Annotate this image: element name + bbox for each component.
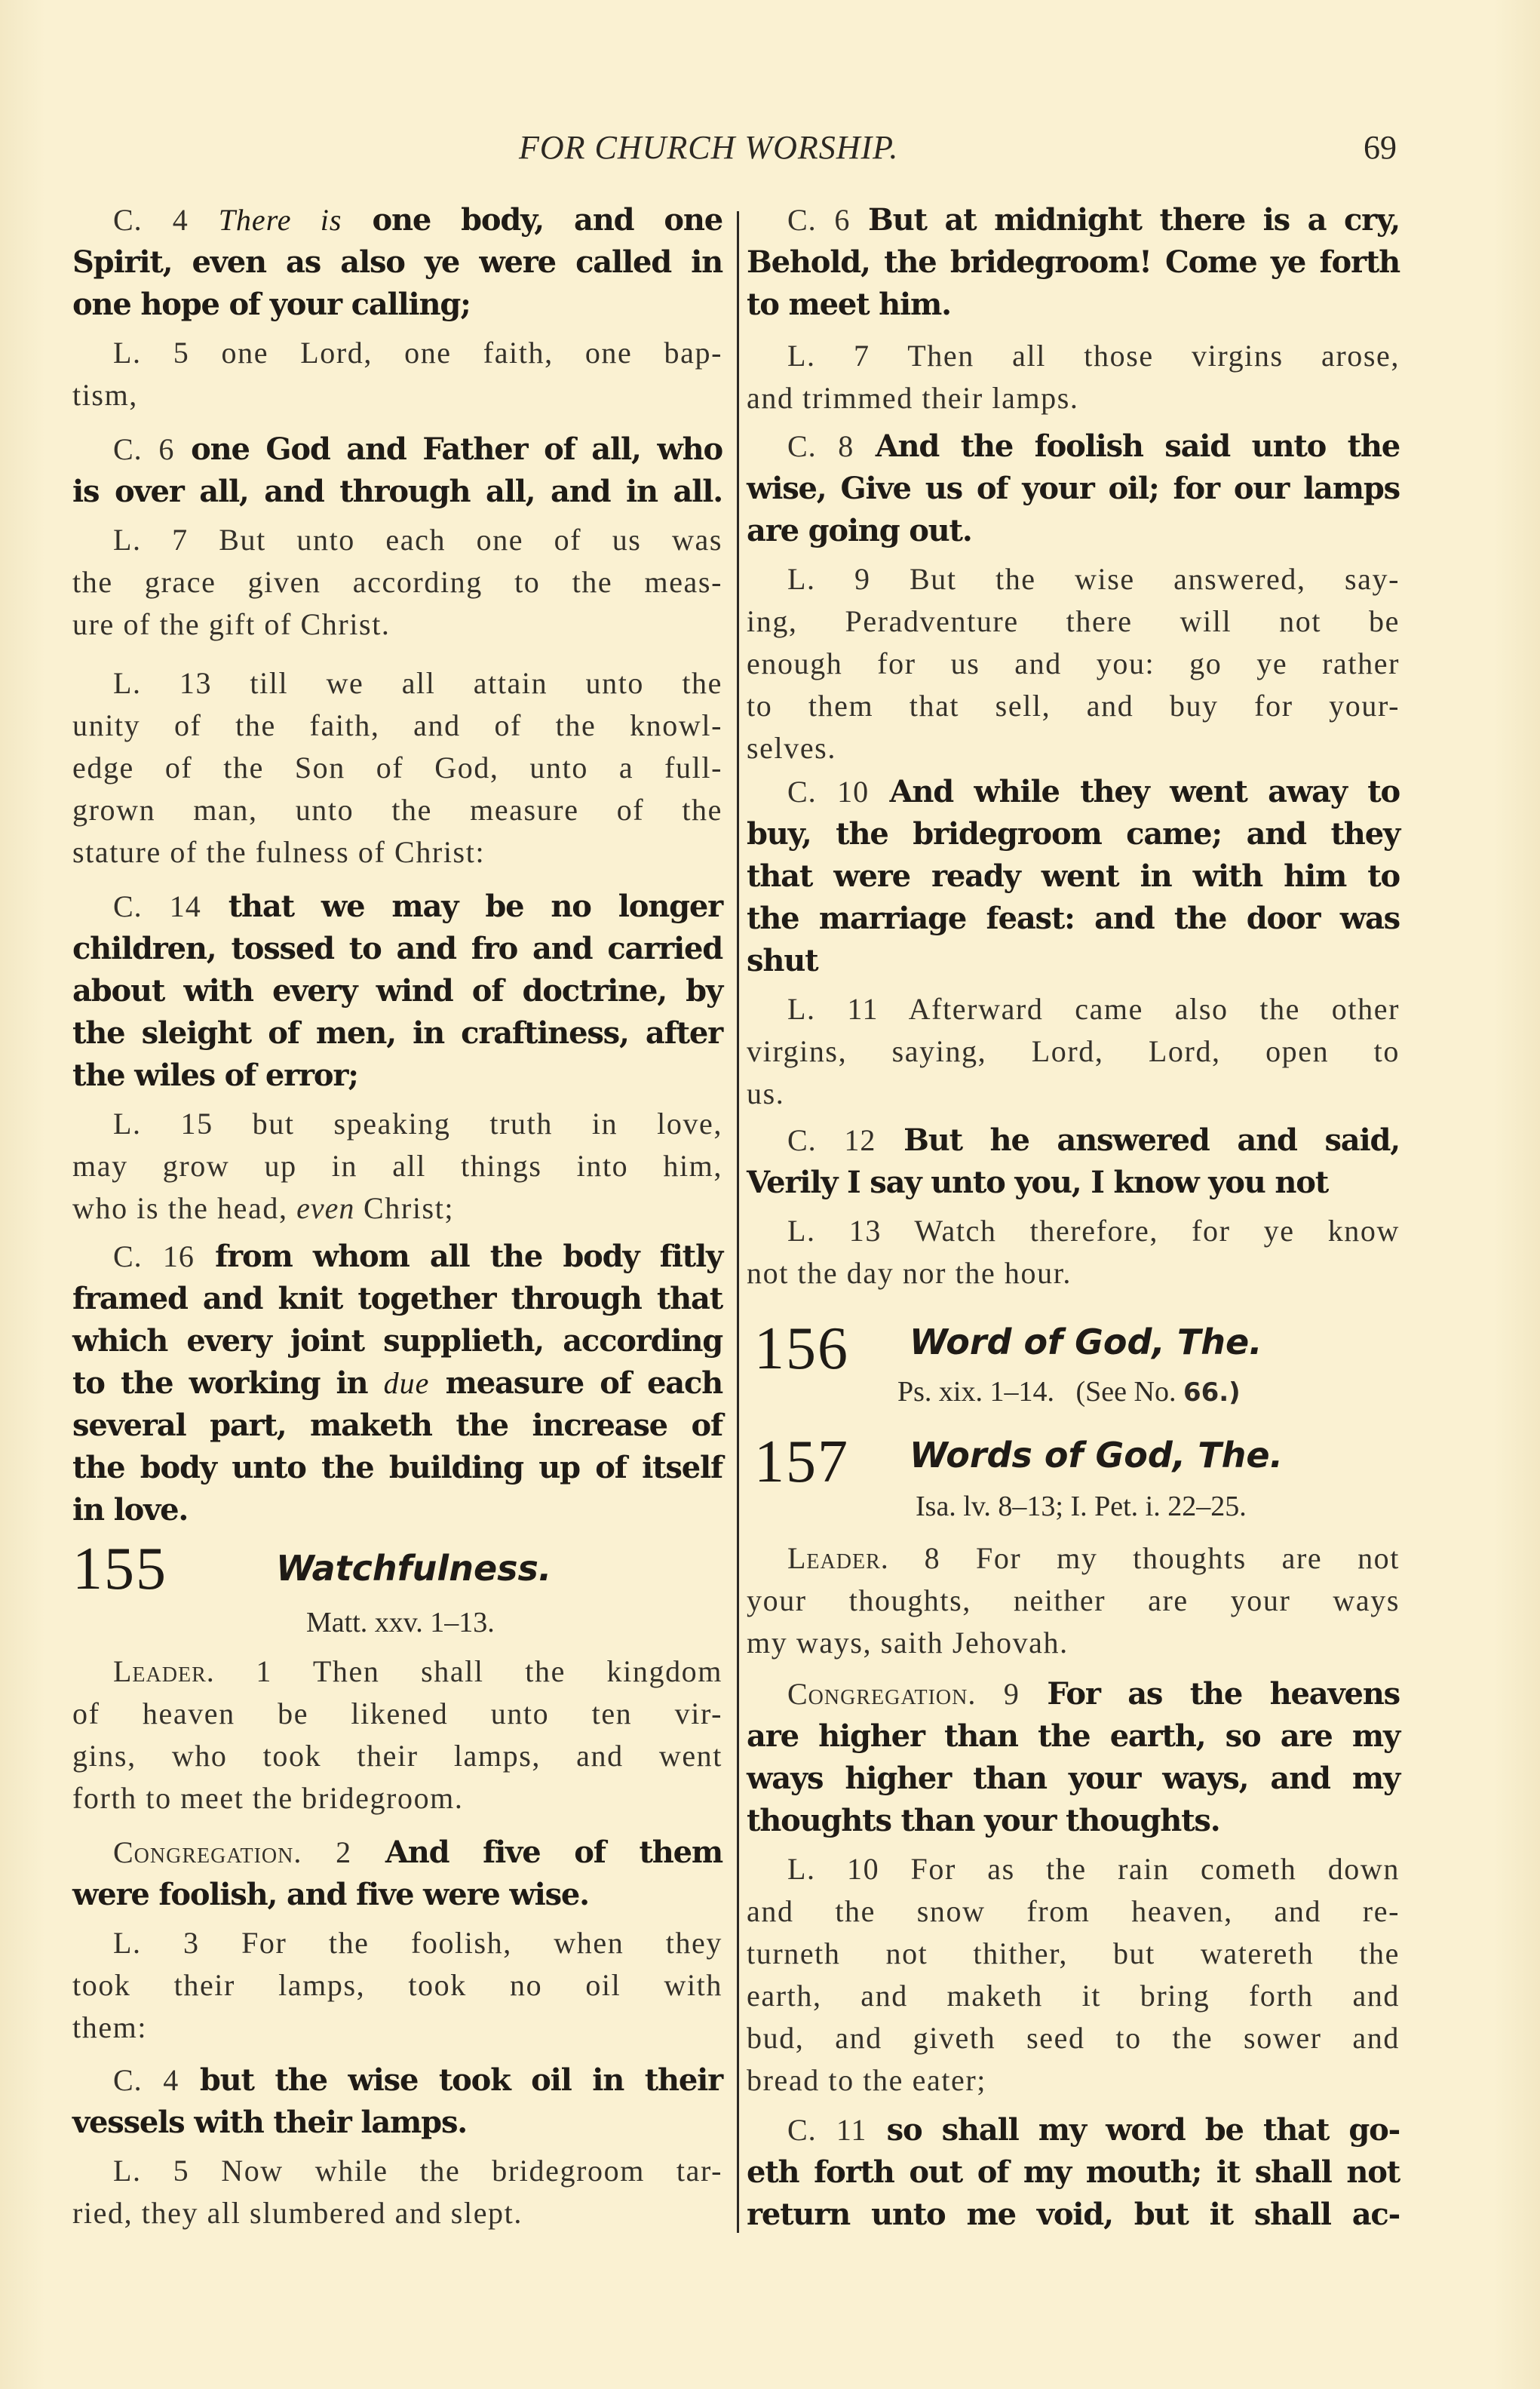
verse-line: are higher than the earth, so are my xyxy=(747,1721,1400,1752)
verse-line: C. 6 one God and Father of all, who xyxy=(72,435,722,465)
verse-line: shut xyxy=(747,946,1400,976)
verse-line: the wiles of error; xyxy=(72,1061,722,1091)
verse-line: edge of the Son of God, unto a full- xyxy=(72,753,722,783)
verse-line: bread to the eater; xyxy=(747,2065,1400,2096)
verse-line: to meet him. xyxy=(747,290,1400,320)
verse-line: is over all, and through all, and in all… xyxy=(72,477,722,507)
verse-line: children, tossed to and fro and carried xyxy=(72,934,722,964)
verse-line: which every joint supplieth, according xyxy=(72,1326,722,1356)
verse-line: C. 4 but the wise took oil in their xyxy=(72,2065,722,2096)
verse-line: us. xyxy=(747,1079,1400,1109)
verse-line: them: xyxy=(72,2013,722,2043)
verse-line: that were ready went in with him to xyxy=(747,861,1400,892)
verse-line: of heaven be likened unto ten vir- xyxy=(72,1699,722,1729)
verse-line: the grace given according to the meas- xyxy=(72,567,722,597)
verse-line: may grow up in all things into him, xyxy=(72,1151,722,1181)
verse-line: and the snow from heaven, and re- xyxy=(747,1896,1400,1927)
verse-line: Behold, the bridegroom! Come ye forth xyxy=(747,247,1400,278)
verse-line: and trimmed their lamps. xyxy=(747,383,1400,413)
verse-line: Verily I say unto you, I know you not xyxy=(747,1168,1400,1198)
verse-line: L. 11 Afterward came also the other xyxy=(747,994,1400,1024)
verse-line: framed and knit together through that xyxy=(72,1284,722,1314)
verse-line: were foolish, and five were wise. xyxy=(72,1880,722,1910)
section-number: 157 xyxy=(754,1432,849,1492)
verse-line: L. 10 For as the rain cometh down xyxy=(747,1854,1400,1884)
verse-line: ure of the gift of Christ. xyxy=(72,610,722,640)
verse-line: in love. xyxy=(72,1495,722,1525)
verse-line: to them that sell, and buy for your- xyxy=(747,691,1400,721)
verse-line: C. 6 But at midnight there is a cry, xyxy=(747,205,1400,235)
verse-line: Congregation. 9 For as the heavens xyxy=(747,1679,1400,1709)
verse-line: L. 13 till we all attain unto the xyxy=(72,668,722,699)
verse-line: ried, they all slumbered and slept. xyxy=(72,2198,722,2228)
verse-line: forth to meet the bridegroom. xyxy=(72,1783,722,1813)
verse-line: bud, and giveth seed to the sower and xyxy=(747,2023,1400,2053)
verse-line: Congregation. 2 And five of them xyxy=(72,1838,722,1868)
verse-line: thoughts than your thoughts. xyxy=(747,1806,1400,1836)
verse-line: grown man, unto the measure of the xyxy=(72,795,722,825)
verse-line: L. 15 but speaking truth in love, xyxy=(72,1109,722,1139)
verse-line: Leader. 8 For my thoughts are not xyxy=(747,1543,1400,1574)
verse-line: turneth not thither, but watereth the xyxy=(747,1939,1400,1969)
verse-line: are going out. xyxy=(747,516,1400,546)
verse-line: about with every wind of doctrine, by xyxy=(72,976,722,1006)
verse-line: the marriage feast: and the door was xyxy=(747,904,1400,934)
verse-line: to the working in due measure of each xyxy=(72,1368,722,1399)
section-reference: Matt. xxv. 1–13. xyxy=(306,1608,495,1637)
verse-line: L. 5 one Lord, one faith, one bap- xyxy=(72,338,722,368)
verse-line: tism, xyxy=(72,380,722,410)
section-title: Words of God, The. xyxy=(910,1438,1283,1472)
verse-line: L. 7 Then all those virgins arose, xyxy=(747,341,1400,371)
verse-line: C. 14 that we may be no longer xyxy=(72,892,722,922)
verse-line: stature of the fulness of Christ: xyxy=(72,837,722,867)
column-divider xyxy=(737,211,739,2233)
verse-line: L. 7 But unto each one of us was xyxy=(72,525,722,555)
verse-line: who is the head, even Christ; xyxy=(72,1193,722,1224)
verse-line: not the day nor the hour. xyxy=(747,1258,1400,1288)
section-reference: Ps. xix. 1–14. (See No. 66.) xyxy=(897,1377,1241,1406)
verse-line: took their lamps, took no oil with xyxy=(72,1970,722,2001)
verse-line: L. 3 For the foolish, when they xyxy=(72,1928,722,1958)
verse-line: Spirit, even as also ye were called in xyxy=(72,247,722,278)
section-title: Watchfulness. xyxy=(276,1551,551,1586)
verse-line: one hope of your calling; xyxy=(72,290,722,320)
verse-line: C. 12 But he answered and said, xyxy=(747,1125,1400,1156)
verse-line: wise, Give us of your oil; for our lamps xyxy=(747,474,1400,504)
section-reference: Isa. lv. 8–13; I. Pet. i. 22–25. xyxy=(916,1492,1247,1521)
verse-line: L. 13 Watch therefore, for ye know xyxy=(747,1216,1400,1246)
verse-line: the body unto the building up of itself xyxy=(72,1453,722,1483)
verse-line: unity of the faith, and of the knowl- xyxy=(72,711,722,741)
verse-line: L. 9 But the wise answered, say- xyxy=(747,564,1400,594)
page-number: 69 xyxy=(1364,128,1397,167)
running-header-title: FOR CHURCH WORSHIP. xyxy=(519,128,898,167)
verse-line: buy, the bridegroom came; and they xyxy=(747,819,1400,849)
verse-line: earth, and maketh it bring forth and xyxy=(747,1981,1400,2011)
verse-line: gins, who took their lamps, and went xyxy=(72,1741,722,1771)
verse-line: C. 8 And the foolish said unto the xyxy=(747,431,1400,462)
verse-line: virgins, saying, Lord, Lord, open to xyxy=(747,1036,1400,1067)
verse-line: L. 5 Now while the bridegroom tar- xyxy=(72,2156,722,2186)
verse-line: eth forth out of my mouth; it shall not xyxy=(747,2157,1400,2188)
verse-line: vessels with their lamps. xyxy=(72,2108,722,2138)
section-number: 156 xyxy=(754,1319,849,1379)
verse-line: C. 10 And while they went away to xyxy=(747,777,1400,807)
verse-line: my ways, saith Jehovah. xyxy=(747,1628,1400,1658)
verse-line: C. 4 There is one body, and one xyxy=(72,205,722,235)
section-title: Word of God, The. xyxy=(910,1325,1262,1359)
verse-line: enough for us and you: go ye rather xyxy=(747,649,1400,679)
section-number: 155 xyxy=(72,1539,167,1599)
verse-line: several part, maketh the increase of xyxy=(72,1411,722,1441)
verse-line: Leader. 1 Then shall the kingdom xyxy=(72,1657,722,1687)
verse-line: return unto me void, but it shall ac- xyxy=(747,2200,1400,2230)
verse-line: the sleight of men, in craftiness, after xyxy=(72,1018,722,1049)
verse-line: selves. xyxy=(747,733,1400,763)
verse-line: ing, Peradventure there will not be xyxy=(747,606,1400,637)
verse-line: C. 16 from whom all the body fitly xyxy=(72,1242,722,1272)
verse-line: C. 11 so shall my word be that go- xyxy=(747,2115,1400,2145)
verse-line: your thoughts, neither are your ways xyxy=(747,1586,1400,1616)
verse-line: ways higher than your ways, and my xyxy=(747,1764,1400,1794)
